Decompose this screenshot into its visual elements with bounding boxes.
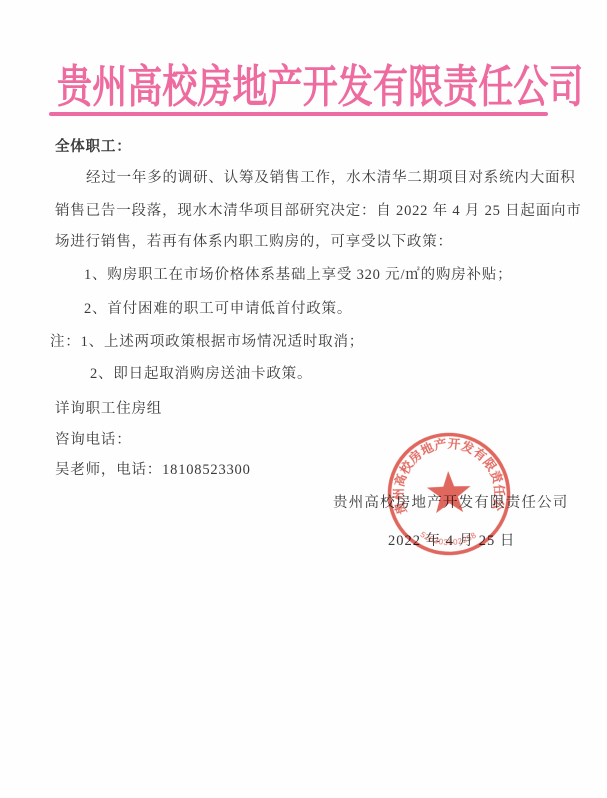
paragraph1-line1: 经过一年多的调研、认筹及销售工作，水木清华二期项目对系统内大面积 [86, 166, 576, 187]
paragraph1-line2: 销售已告一段落，现水木清华项目部研究决定：自 2022 年 4 月 25 日起面… [55, 199, 582, 220]
letterhead-divider-rule [49, 112, 548, 116]
contact-phone-label-line: 咨询电话： [55, 428, 132, 449]
paragraph1-line3: 场进行销售，若再有体系内职工购房的，可享受以下政策： [55, 230, 453, 251]
contact-group-line: 详询职工住房组 [55, 397, 162, 418]
seal-star-icon [426, 470, 471, 513]
company-letterhead-title: 贵州高校房地产开发有限责任公司 [57, 50, 584, 115]
svg-text:520303602258: 520303602258 [418, 528, 478, 548]
contact-person-line: 吴老师，电话：18108523300 [55, 458, 251, 479]
note-item-2: 2、即日起取消购房送油卡政策。 [90, 362, 312, 383]
company-seal-stamp: 贵州高校房地产开发有限责任公司 520303602258 [371, 416, 526, 571]
policy-item-2: 2、首付困难的职工可申请低首付政策。 [84, 297, 352, 318]
policy-item-1: 1、购房职工在市场价格体系基础上享受 320 元/㎡的购房补贴； [84, 263, 512, 284]
salutation-line: 全体职工： [55, 135, 132, 156]
seal-serial-number: 520303602258 [418, 528, 478, 548]
note-item-1: 注：1、上述两项政策根据市场情况适时取消； [50, 330, 364, 351]
scanned-document-page: 贵州高校房地产开发有限责任公司 全体职工： 经过一年多的调研、认筹及销售工作，水… [0, 0, 607, 798]
